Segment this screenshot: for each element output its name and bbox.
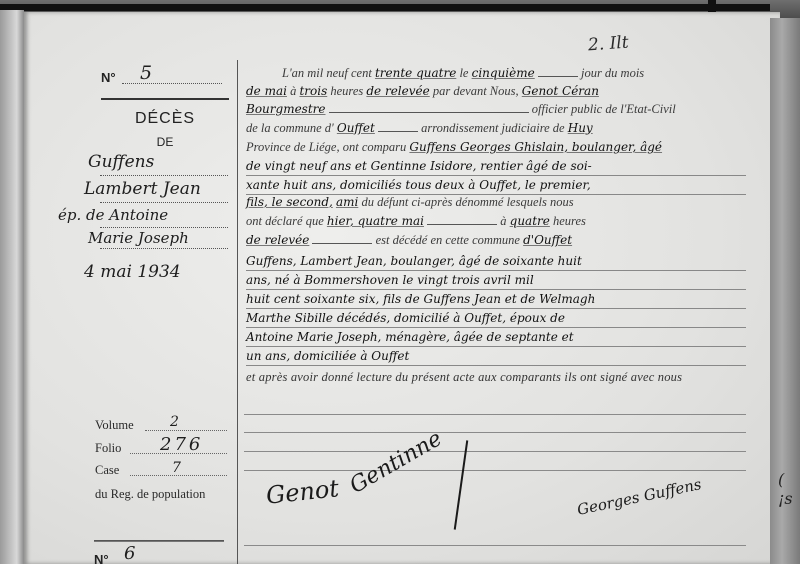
name-line — [100, 248, 228, 249]
margin-annotation: 2. Ilt — [587, 33, 629, 56]
handwritten-period: de relevée — [366, 84, 429, 98]
name-line — [100, 202, 228, 203]
act-line-8: fils, le second, ami du défunt ci-après … — [246, 195, 746, 214]
printed-text: ont déclaré que — [246, 214, 324, 228]
act-line-4: de la commune d' Ouffet arrondissement j… — [246, 121, 746, 140]
handwritten-death-hour: quatre — [510, 214, 550, 228]
printed-text: arrondissement judiciaire de — [421, 121, 565, 135]
heading-deces: DÉCÈS — [100, 110, 230, 128]
signature-rule — [244, 545, 746, 546]
act-line-9: ont déclaré que hier, quatre mai à quatr… — [246, 214, 746, 233]
volume-value: 2 — [170, 414, 179, 430]
act-line-15: Antoine Marie Joseph, ménagère, âgée de … — [246, 328, 746, 347]
handwritten-death-place: d'Ouffet — [523, 233, 572, 247]
column-divider — [237, 60, 238, 564]
act-line-12: ans, né à Bommershoven le vingt trois av… — [246, 271, 746, 290]
edge-mark: ( ¡s — [778, 470, 800, 508]
name-line — [100, 227, 228, 228]
act-line-7: xante huit ans, domiciliés tous deux à O… — [246, 176, 746, 195]
fill-line — [312, 243, 372, 244]
heading-de: DE — [100, 135, 230, 149]
spouse-line-2: Marie Joseph — [88, 229, 189, 247]
case-label: Case — [95, 463, 119, 478]
act-line-3: Bourgmestre officier public de l'Etat-Ci… — [246, 102, 746, 121]
scanner-bar — [0, 4, 770, 11]
printed-text: de la commune d' — [246, 121, 334, 135]
act-line-1: L'an mil neuf cent trente quatre le cinq… — [282, 66, 782, 85]
printed-text: officier public de l'Etat-Civil — [532, 102, 676, 116]
register-footer-label: du Reg. de population — [95, 487, 205, 502]
printed-text: L'an mil neuf cent — [282, 66, 372, 80]
act-line-10: de relevée est décédé en cette commune d… — [246, 233, 746, 252]
handwritten-declarant-1: Guffens Georges Ghislain, boulanger, âgé — [409, 140, 662, 154]
folio-label: Folio — [95, 441, 121, 456]
printed-text: lesquels nous — [507, 195, 574, 209]
spouse-line-1: ép. de Antoine — [58, 206, 168, 224]
printed-text: du — [361, 195, 374, 209]
printed-text: défunt — [377, 195, 408, 209]
handwritten-relation-2: ami — [336, 195, 358, 209]
death-date: 4 mai 1934 — [84, 262, 181, 282]
closing-line: et après avoir donné lecture du présent … — [246, 370, 746, 389]
next-act-number-label: N° — [94, 552, 109, 564]
act-line-14: Marthe Sibille décédés, domicilié à Ouff… — [246, 309, 746, 328]
signature-rule — [244, 451, 746, 452]
act-line-11: Guffens, Lambert Jean, boulanger, âgé de… — [246, 252, 746, 271]
next-act-number-value: 6 — [124, 543, 135, 564]
deceased-given-names: Lambert Jean — [84, 179, 201, 199]
handwritten-day: cinquième — [472, 66, 535, 80]
printed-text: ci-après dénommé — [411, 195, 503, 209]
deceased-surname: Guffens — [88, 152, 154, 172]
handwritten-arrondissement: Huy — [568, 121, 593, 135]
name-line — [100, 175, 228, 176]
fill-line — [427, 224, 497, 225]
volume-line — [145, 430, 227, 431]
handwritten-death-day: hier, quatre mai — [327, 214, 424, 228]
section-end-rule — [94, 540, 224, 542]
fill-line — [378, 131, 418, 132]
printed-text: heures — [330, 84, 363, 98]
signature-rule — [244, 414, 746, 415]
handwritten-year: trente quatre — [375, 66, 456, 80]
printed-text: le — [459, 66, 468, 80]
printed-text: jour du mois — [581, 66, 644, 80]
handwritten-officer-name: Genot Céran — [522, 84, 599, 98]
signature-rule — [244, 470, 746, 471]
printed-text: Province de Liége, ont comparu — [246, 140, 406, 154]
printed-text: à — [290, 84, 296, 98]
act-line-2: de mai à trois heures de relevée par dev… — [246, 84, 746, 103]
act-line-6: de vingt neuf ans et Gentinne Isidore, r… — [246, 157, 746, 176]
case-value: 7 — [172, 460, 181, 476]
fill-line — [538, 76, 578, 77]
printed-text: heures — [553, 214, 586, 228]
book-binding-edge — [0, 10, 24, 564]
handwritten-period: de relevée — [246, 233, 309, 247]
signature-rule — [244, 432, 746, 433]
folio-value: 276 — [160, 434, 203, 455]
act-number-label: N° — [101, 70, 116, 85]
act-number-value: 5 — [140, 62, 152, 84]
act-line-16: un ans, domiciliée à Ouffet — [246, 347, 746, 366]
handwritten-relation: fils, le second, — [246, 195, 333, 209]
fill-line — [329, 112, 529, 113]
printed-text: par devant Nous, — [433, 84, 519, 98]
printed-text: en cette commune — [430, 233, 520, 247]
printed-text: à — [500, 214, 506, 228]
act-line-13: huit cent soixante six, fils de Guffens … — [246, 290, 746, 309]
handwritten-month: de mai — [246, 84, 287, 98]
act-number-line — [122, 83, 222, 84]
heading-rule — [101, 98, 229, 100]
handwritten-hour: trois — [299, 84, 327, 98]
handwritten-commune: Ouffet — [337, 121, 375, 135]
handwritten-officer-title: Bourgmestre — [246, 102, 326, 116]
printed-text: est décédé — [376, 233, 428, 247]
volume-label: Volume — [95, 418, 134, 433]
